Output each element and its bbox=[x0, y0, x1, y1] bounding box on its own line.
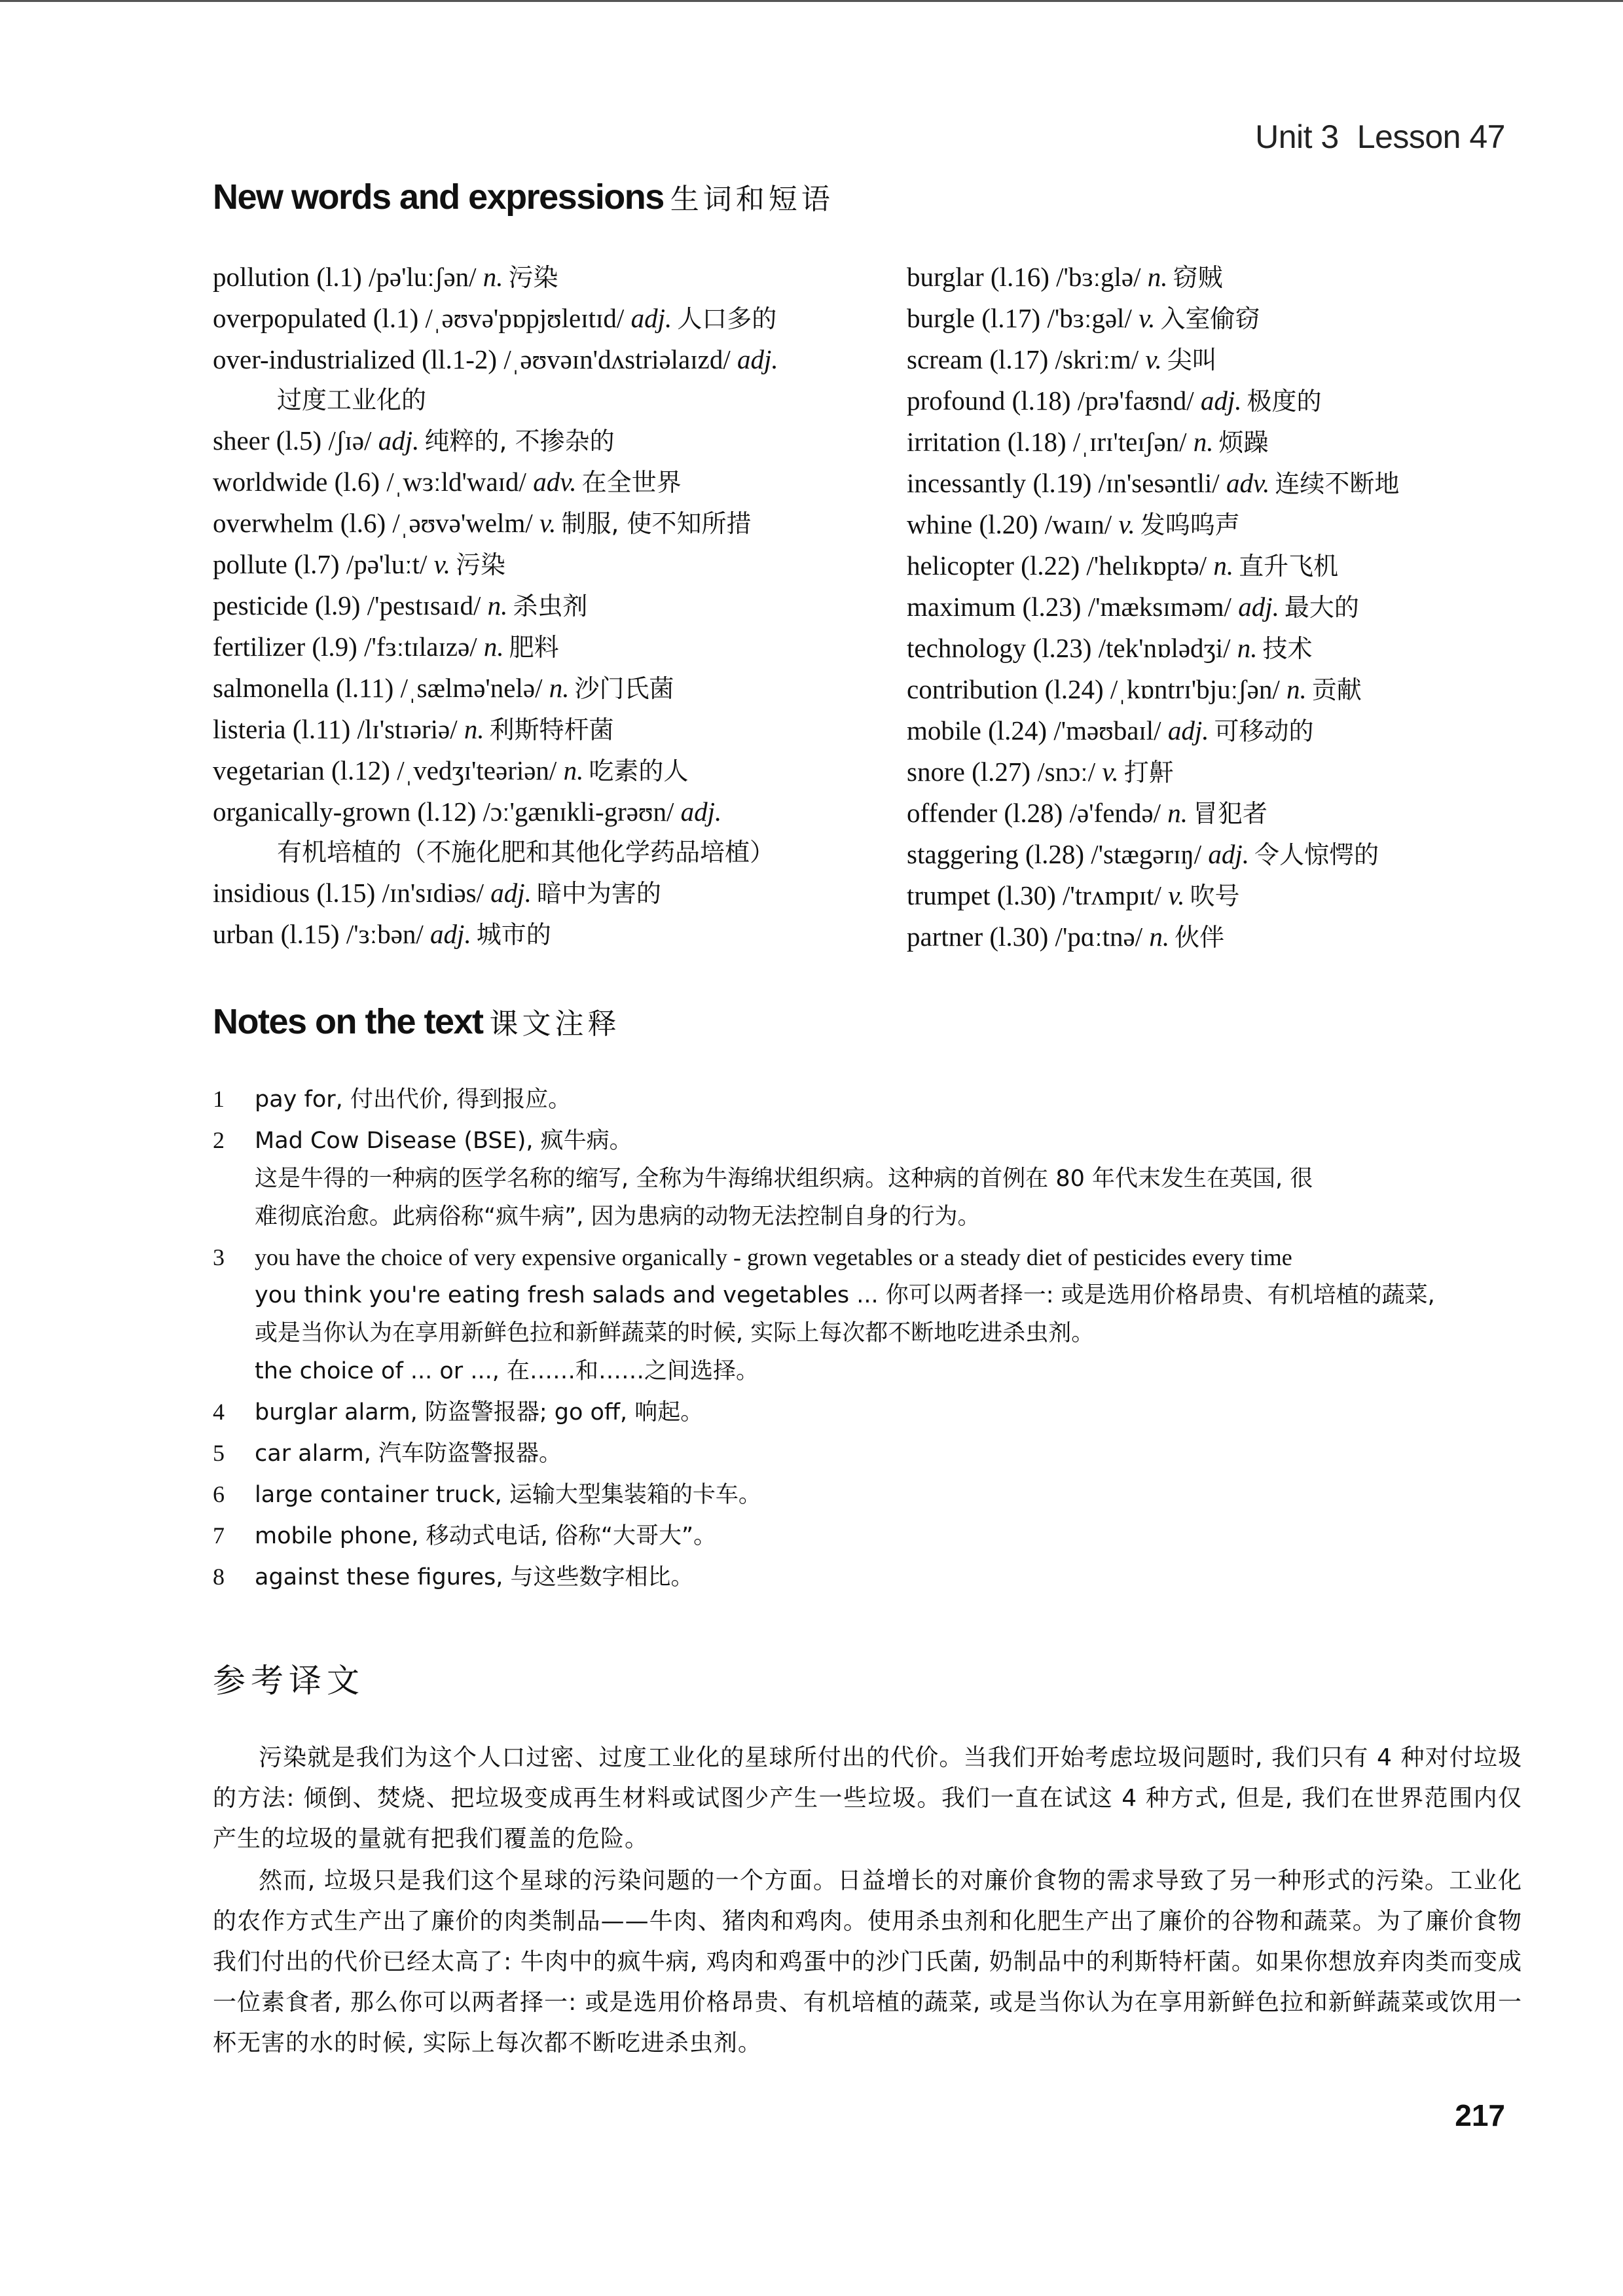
vocab-entry: staggering (l.28) /'stægərɪŋ/ adj.令人惊愕的 bbox=[907, 834, 1529, 875]
vocab-entry: insidious (l.15) /ɪn'sɪdiəs/ adj.暗中为害的 bbox=[213, 872, 894, 914]
part-of-speech: n. bbox=[1194, 427, 1214, 457]
vocab-word: overpopulated bbox=[213, 303, 367, 333]
ipa: /'bɜːglə/ bbox=[1056, 262, 1140, 292]
ipa: /'mæksɪməm/ bbox=[1088, 592, 1231, 622]
part-of-speech: n. bbox=[1167, 798, 1188, 828]
ipa: /'stægərɪŋ/ bbox=[1091, 839, 1201, 869]
note-item: 8 against these figures, 与这些数字相比。 bbox=[213, 1558, 1522, 1596]
zh-gloss: 入室偷窃 bbox=[1161, 304, 1260, 333]
zh-gloss: 吃素的人 bbox=[589, 757, 688, 785]
line-ref: (l.24) bbox=[988, 715, 1047, 745]
vocab-entry: sheer (l.5) /ʃɪə/ adj.纯粹的, 不掺杂的 bbox=[213, 420, 894, 461]
zh-gloss: 连续不断地 bbox=[1275, 469, 1399, 498]
note-item: 2 Mad Cow Disease (BSE), 疯牛病。 这是牛得的一种病的医… bbox=[213, 1121, 1522, 1236]
line-ref: (l.30) bbox=[989, 922, 1048, 952]
vocab-entry: pesticide (l.9) /'pestɪsaɪd/ n.杀虫剂 bbox=[213, 585, 894, 626]
part-of-speech: adj. bbox=[378, 425, 420, 456]
zh-gloss: 伙伴 bbox=[1175, 923, 1224, 952]
line-ref: (l.12) bbox=[331, 755, 390, 785]
zh-gloss: 暗中为害的 bbox=[537, 879, 661, 908]
line-ref: (ll.1-2) bbox=[422, 344, 497, 374]
note-number: 2 bbox=[213, 1121, 225, 1159]
vocab-word: incessantly bbox=[907, 468, 1026, 498]
vocab-entry: urban (l.15) /'ɜːbən/ adj.城市的 bbox=[213, 914, 894, 955]
vocab-word: profound bbox=[907, 386, 1005, 416]
vocab-list-right: burglar (l.16) /'bɜːglə/ n.窃贼 burgle (l.… bbox=[907, 257, 1529, 958]
note-number: 3 bbox=[213, 1238, 225, 1276]
note-number: 5 bbox=[213, 1434, 225, 1472]
note-item: 7 mobile phone, 移动式电话, 俗称“大哥大”。 bbox=[213, 1516, 1522, 1555]
part-of-speech: v. bbox=[1145, 344, 1161, 374]
vocab-entry: vegetarian (l.12) /ˌvedʒɪ'teəriən/ n.吃素的… bbox=[213, 750, 894, 791]
part-of-speech: adv. bbox=[1226, 468, 1269, 498]
part-of-speech: n. bbox=[1286, 674, 1307, 704]
vocab-word: pollute bbox=[213, 549, 287, 579]
line-ref: (l.20) bbox=[979, 509, 1038, 539]
ipa: /'helɪkɒptə/ bbox=[1086, 550, 1207, 581]
note-item: 5 car alarm, 汽车防盗警报器。 bbox=[213, 1434, 1522, 1473]
vocab-entry: overwhelm (l.6) /ˌəʊvə'welm/ v.制服, 使不知所措 bbox=[213, 503, 894, 544]
vocab-word: helicopter bbox=[907, 550, 1014, 581]
line-ref: (l.19) bbox=[1032, 468, 1091, 498]
translation-paragraph: 然而, 垃圾只是我们这个星球的污染问题的一个方面。日益增长的对廉价食物的需求导致… bbox=[213, 1861, 1522, 2064]
vocab-word: listeria bbox=[213, 714, 286, 744]
part-of-speech: n. bbox=[484, 632, 504, 662]
ipa: /snɔː/ bbox=[1037, 757, 1095, 787]
line-ref: (l.27) bbox=[972, 757, 1030, 787]
line-ref: (l.5) bbox=[276, 425, 321, 456]
part-of-speech: n. bbox=[1213, 550, 1233, 581]
note-number: 7 bbox=[213, 1516, 225, 1554]
zh-gloss: 肥料 bbox=[509, 633, 559, 662]
vocab-title-en: New words and expressions bbox=[213, 177, 664, 217]
ipa: /ˌɪrɪ'teɪʃən/ bbox=[1073, 427, 1187, 457]
line-ref: (l.22) bbox=[1021, 550, 1080, 581]
ipa: /'fɜːtɪlaɪzə/ bbox=[364, 632, 477, 662]
vocab-word: irritation bbox=[907, 427, 1000, 457]
vocab-word: burglar bbox=[907, 262, 984, 292]
zh-gloss: 制服, 使不知所措 bbox=[561, 509, 751, 538]
ipa: /pə'luːt/ bbox=[346, 549, 428, 579]
line-ref: (l.18) bbox=[1012, 386, 1071, 416]
ipa: /waɪn/ bbox=[1045, 509, 1112, 539]
vocab-entry: trumpet (l.30) /'trʌmpɪt/ v.吹号 bbox=[907, 875, 1529, 916]
vocab-entry: offender (l.28) /ə'fendə/ n.冒犯者 bbox=[907, 793, 1529, 834]
zh-gloss: 可移动的 bbox=[1214, 717, 1313, 745]
note-text: mobile phone, 移动式电话, 俗称“大哥大”。 bbox=[255, 1523, 716, 1549]
note-explanation: 难彻底治愈。此病俗称“疯牛病”, 因为患病的动物无法控制自身的行为。 bbox=[255, 1198, 1522, 1236]
note-number: 6 bbox=[213, 1475, 225, 1513]
vocab-list-left: pollution (l.1) /pə'luːʃən/ n.污染 overpop… bbox=[213, 257, 894, 955]
line-ref: (l.17) bbox=[981, 303, 1040, 333]
part-of-speech: n. bbox=[488, 590, 508, 620]
vocab-entry: organically-grown (l.12) /ɔː'gænɪkli-grə… bbox=[213, 791, 894, 872]
line-ref: (l.9) bbox=[315, 590, 360, 620]
part-of-speech: v. bbox=[434, 549, 450, 579]
vocab-entry: listeria (l.11) /lɪ'stɪəriə/ n.利斯特杆菌 bbox=[213, 709, 894, 750]
vocab-word: mobile bbox=[907, 715, 981, 745]
line-ref: (l.9) bbox=[312, 632, 357, 662]
note-explanation: 这是牛得的一种病的医学名称的缩写, 全称为牛海绵状组织病。这种病的首例在 80 … bbox=[255, 1160, 1522, 1198]
vocab-title-zh: 生词和短语 bbox=[670, 183, 834, 216]
vocab-word: scream bbox=[907, 344, 983, 374]
vocab-word: urban bbox=[213, 919, 274, 949]
line-ref: (l.6) bbox=[340, 508, 386, 538]
line-ref: (l.28) bbox=[1004, 798, 1063, 828]
translation-paragraph: 污染就是我们为这个人口过密、过度工业化的星球所付出的代价。当我们开始考虑垃圾问题… bbox=[213, 1738, 1522, 1859]
ipa: /ˌwɜːld'waɪd/ bbox=[386, 467, 526, 497]
part-of-speech: v. bbox=[1139, 303, 1155, 333]
zh-gloss: 窃贼 bbox=[1173, 263, 1222, 292]
scan-top-edge bbox=[0, 0, 1623, 2]
notes-list: 1 pay for, 付出代价, 得到报应。 2 Mad Cow Disease… bbox=[213, 1080, 1522, 1599]
vocab-word: whine bbox=[907, 509, 972, 539]
ipa: /tek'nɒlədʒi/ bbox=[1099, 633, 1231, 663]
vocab-word: pesticide bbox=[213, 590, 308, 620]
unit-label: Unit 3 bbox=[1255, 118, 1339, 155]
zh-gloss: 最大的 bbox=[1285, 593, 1359, 622]
note-text: burglar alarm, 防盗警报器; go off, 响起。 bbox=[255, 1399, 703, 1426]
ipa: /lɪ'stɪəriə/ bbox=[357, 714, 458, 744]
vocab-word: trumpet bbox=[907, 880, 991, 910]
vocab-word: pollution bbox=[213, 262, 310, 292]
zh-gloss: 技术 bbox=[1263, 634, 1313, 663]
vocab-word: maximum bbox=[907, 592, 1015, 622]
ipa: /ˌkɒntrɪ'bjuːʃən/ bbox=[1110, 674, 1280, 704]
vocab-word: overwhelm bbox=[213, 508, 333, 538]
part-of-speech: v. bbox=[1102, 757, 1118, 787]
ipa: /ə'fendə/ bbox=[1070, 798, 1161, 828]
line-ref: (l.1) bbox=[316, 262, 361, 292]
note-item: 4 burglar alarm, 防盗警报器; go off, 响起。 bbox=[213, 1393, 1522, 1431]
zh-gloss: 冒犯者 bbox=[1193, 799, 1267, 828]
vocab-entry: irritation (l.18) /ˌɪrɪ'teɪʃən/ n.烦躁 bbox=[907, 422, 1529, 463]
part-of-speech: adj. bbox=[681, 797, 722, 827]
line-ref: (l.30) bbox=[997, 880, 1056, 910]
ipa: /'trʌmpɪt/ bbox=[1063, 880, 1161, 910]
vocab-word: staggering bbox=[907, 839, 1019, 869]
vocab-word: offender bbox=[907, 798, 997, 828]
zh-gloss: 在全世界 bbox=[582, 468, 682, 497]
notes-title-zh: 课文注释 bbox=[490, 1007, 621, 1041]
part-of-speech: adj. bbox=[430, 919, 471, 949]
line-ref: (l.11) bbox=[293, 714, 350, 744]
ipa: /prə'faʊnd/ bbox=[1078, 386, 1194, 416]
vocab-entry: mobile (l.24) /'məʊbaɪl/ adj.可移动的 bbox=[907, 710, 1529, 751]
notes-title-en: Notes on the text bbox=[213, 1002, 483, 1041]
vocab-word: salmonella bbox=[213, 673, 329, 703]
zh-gloss: 发呜呜声 bbox=[1140, 511, 1240, 539]
part-of-speech: adj. bbox=[737, 344, 778, 374]
vocab-entry: burgle (l.17) /'bɜːgəl/ v.入室偷窃 bbox=[907, 298, 1529, 339]
part-of-speech: adj. bbox=[490, 878, 532, 908]
zh-gloss: 极度的 bbox=[1247, 387, 1322, 416]
note-text: pay for, 付出代价, 得到报应。 bbox=[255, 1086, 571, 1113]
vocab-entry: worldwide (l.6) /ˌwɜːld'waɪd/ adv.在全世界 bbox=[213, 461, 894, 503]
vocab-entry: contribution (l.24) /ˌkɒntrɪ'bjuːʃən/ n.… bbox=[907, 669, 1529, 710]
line-ref: (l.6) bbox=[335, 467, 380, 497]
line-ref: (l.24) bbox=[1045, 674, 1104, 704]
zh-gloss: 城市的 bbox=[477, 920, 551, 949]
zh-gloss: 过度工业化的 bbox=[213, 380, 894, 420]
line-ref: (l.23) bbox=[1032, 633, 1091, 663]
ipa: /ˌəʊvəɪn'dʌstriəlaɪzd/ bbox=[503, 344, 730, 374]
part-of-speech: n. bbox=[564, 755, 584, 785]
part-of-speech: n. bbox=[1149, 922, 1169, 952]
zh-gloss: 人口多的 bbox=[677, 304, 776, 333]
line-ref: (l.28) bbox=[1025, 839, 1084, 869]
ipa: /pə'luːʃən/ bbox=[369, 262, 477, 292]
part-of-speech: v. bbox=[1168, 880, 1184, 910]
note-item: 6 large container truck, 运输大型集装箱的卡车。 bbox=[213, 1475, 1522, 1514]
ipa: /ɪn'sɪdiəs/ bbox=[382, 878, 484, 908]
ipa: /'bɜːgəl/ bbox=[1047, 303, 1131, 333]
note-item: 1 pay for, 付出代价, 得到报应。 bbox=[213, 1080, 1522, 1119]
line-ref: (l.17) bbox=[989, 344, 1048, 374]
zh-gloss: 直升飞机 bbox=[1239, 552, 1338, 581]
zh-gloss: 杀虫剂 bbox=[513, 592, 587, 620]
vocab-entry: overpopulated (l.1) /ˌəʊvə'pɒpjʊleɪtɪd/ … bbox=[213, 298, 894, 339]
vocab-word: contribution bbox=[907, 674, 1038, 704]
zh-gloss: 污染 bbox=[456, 550, 505, 579]
ipa: /'məʊbaɪl/ bbox=[1053, 715, 1161, 745]
vocab-section-title: New words and expressions生词和短语 bbox=[213, 175, 834, 217]
zh-gloss: 烦躁 bbox=[1219, 428, 1269, 457]
vocab-word: sheer bbox=[213, 425, 270, 456]
zh-gloss: 贡献 bbox=[1312, 675, 1362, 704]
line-ref: (l.1) bbox=[373, 303, 418, 333]
part-of-speech: adj. bbox=[1168, 715, 1209, 745]
zh-gloss: 吹号 bbox=[1190, 882, 1240, 910]
vocab-entry: incessantly (l.19) /ɪn'sesəntli/ adv.连续不… bbox=[907, 463, 1529, 504]
vocab-word: burgle bbox=[907, 303, 975, 333]
zh-gloss: 令人惊愕的 bbox=[1254, 840, 1379, 869]
note-number: 8 bbox=[213, 1558, 225, 1596]
vocab-word: partner bbox=[907, 922, 983, 952]
vocab-entry: pollute (l.7) /pə'luːt/ v.污染 bbox=[213, 544, 894, 585]
zh-gloss: 沙门氏菌 bbox=[574, 674, 674, 703]
ipa: /ʃɪə/ bbox=[328, 425, 371, 456]
ipa: /'pestɪsaɪd/ bbox=[367, 590, 481, 620]
notes-section-title: Notes on the text课文注释 bbox=[213, 1000, 621, 1042]
ipa: /ɔː'gænɪkli-grəʊn/ bbox=[483, 797, 674, 827]
note-explanation: you think you're eating fresh salads and… bbox=[255, 1276, 1522, 1314]
vocab-word: vegetarian bbox=[213, 755, 325, 785]
note-number: 1 bbox=[213, 1080, 225, 1118]
line-ref: (l.12) bbox=[417, 797, 476, 827]
note-text: large container truck, 运输大型集装箱的卡车。 bbox=[255, 1482, 761, 1508]
line-ref: (l.23) bbox=[1023, 592, 1082, 622]
vocab-entry: snore (l.27) /snɔː/ v.打鼾 bbox=[907, 751, 1529, 793]
vocab-entry: partner (l.30) /'pɑːtnə/ n.伙伴 bbox=[907, 916, 1529, 958]
zh-gloss: 打鼾 bbox=[1124, 758, 1174, 787]
part-of-speech: adj. bbox=[1238, 592, 1279, 622]
vocab-entry: scream (l.17) /skriːm/ v.尖叫 bbox=[907, 339, 1529, 380]
zh-gloss: 利斯特杆菌 bbox=[490, 715, 614, 744]
note-text: Mad Cow Disease (BSE), 疯牛病。 bbox=[255, 1128, 632, 1154]
vocab-word: insidious bbox=[213, 878, 310, 908]
ipa: /ˌsælmə'nelə/ bbox=[401, 673, 543, 703]
note-explanation: the choice of ... or ..., 在……和……之间选择。 bbox=[255, 1352, 1522, 1390]
part-of-speech: adv. bbox=[533, 467, 576, 497]
ipa: /'ɜːbən/ bbox=[346, 919, 424, 949]
vocab-entry: pollution (l.1) /pə'luːʃən/ n.污染 bbox=[213, 257, 894, 298]
page-number: 217 bbox=[1455, 2098, 1505, 2133]
reference-translation: 污染就是我们为这个人口过密、过度工业化的星球所付出的代价。当我们开始考虑垃圾问题… bbox=[213, 1738, 1522, 2065]
line-ref: (l.15) bbox=[281, 919, 340, 949]
vocab-entry: maximum (l.23) /'mæksɪməm/ adj.最大的 bbox=[907, 586, 1529, 628]
note-text: against these figures, 与这些数字相比。 bbox=[255, 1564, 694, 1590]
translation-section-title: 参考译文 bbox=[213, 1655, 365, 1702]
line-ref: (l.7) bbox=[294, 549, 339, 579]
vocab-entry: helicopter (l.22) /'helɪkɒptə/ n.直升飞机 bbox=[907, 545, 1529, 586]
zh-gloss: 污染 bbox=[509, 263, 558, 292]
part-of-speech: n. bbox=[549, 673, 570, 703]
line-ref: (l.16) bbox=[991, 262, 1049, 292]
vocab-word: worldwide bbox=[213, 467, 327, 497]
note-number: 4 bbox=[213, 1393, 225, 1431]
part-of-speech: n. bbox=[1148, 262, 1168, 292]
ipa: /skriːm/ bbox=[1055, 344, 1139, 374]
vocab-word: technology bbox=[907, 633, 1026, 663]
vocab-word: over-industrialized bbox=[213, 344, 415, 374]
vocab-entry: technology (l.23) /tek'nɒlədʒi/ n.技术 bbox=[907, 628, 1529, 669]
note-item: 3 you have the choice of very expensive … bbox=[213, 1238, 1522, 1390]
lesson-label: Lesson 47 bbox=[1357, 118, 1505, 155]
vocab-entry: whine (l.20) /waɪn/ v.发呜呜声 bbox=[907, 504, 1529, 545]
part-of-speech: v. bbox=[1118, 509, 1135, 539]
part-of-speech: adj. bbox=[631, 303, 672, 333]
part-of-speech: n. bbox=[483, 262, 503, 292]
running-header: Unit 3Lesson 47 bbox=[1255, 118, 1505, 156]
vocab-word: snore bbox=[907, 757, 965, 787]
line-ref: (l.15) bbox=[316, 878, 375, 908]
ipa: /ˌəʊvə'pɒpjʊleɪtɪd/ bbox=[425, 303, 624, 333]
vocab-entry: fertilizer (l.9) /'fɜːtɪlaɪzə/ n.肥料 bbox=[213, 626, 894, 668]
part-of-speech: n. bbox=[464, 714, 484, 744]
zh-gloss: 有机培植的（不施化肥和其他化学药品培植） bbox=[213, 832, 894, 872]
part-of-speech: n. bbox=[1237, 633, 1258, 663]
ipa: /ˌvedʒɪ'teəriən/ bbox=[397, 755, 556, 785]
ipa: /ˌəʊvə'welm/ bbox=[392, 508, 532, 538]
part-of-speech: v. bbox=[539, 508, 556, 538]
part-of-speech: adj. bbox=[1208, 839, 1249, 869]
ipa: /ɪn'sesəntli/ bbox=[1099, 468, 1220, 498]
line-ref: (l.18) bbox=[1008, 427, 1067, 457]
zh-gloss: 纯粹的, 不掺杂的 bbox=[424, 427, 614, 456]
vocab-entry: profound (l.18) /prə'faʊnd/ adj.极度的 bbox=[907, 380, 1529, 422]
ipa: /'pɑːtnə/ bbox=[1055, 922, 1143, 952]
vocab-word: fertilizer bbox=[213, 632, 305, 662]
note-text: car alarm, 汽车防盗警报器。 bbox=[255, 1441, 562, 1467]
part-of-speech: adj. bbox=[1201, 386, 1242, 416]
vocab-entry: salmonella (l.11) /ˌsælmə'nelə/ n.沙门氏菌 bbox=[213, 668, 894, 709]
zh-gloss: 尖叫 bbox=[1167, 346, 1217, 374]
vocab-word: organically-grown bbox=[213, 797, 410, 827]
line-ref: (l.11) bbox=[336, 673, 393, 703]
note-explanation: 或是当你认为在享用新鲜色拉和新鲜蔬菜的时候, 实际上每次都不断地吃进杀虫剂。 bbox=[255, 1314, 1522, 1352]
vocab-entry: burglar (l.16) /'bɜːglə/ n.窃贼 bbox=[907, 257, 1529, 298]
vocab-entry: over-industrialized (ll.1-2) /ˌəʊvəɪn'dʌ… bbox=[213, 339, 894, 420]
note-text: you have the choice of very expensive or… bbox=[255, 1244, 1292, 1270]
